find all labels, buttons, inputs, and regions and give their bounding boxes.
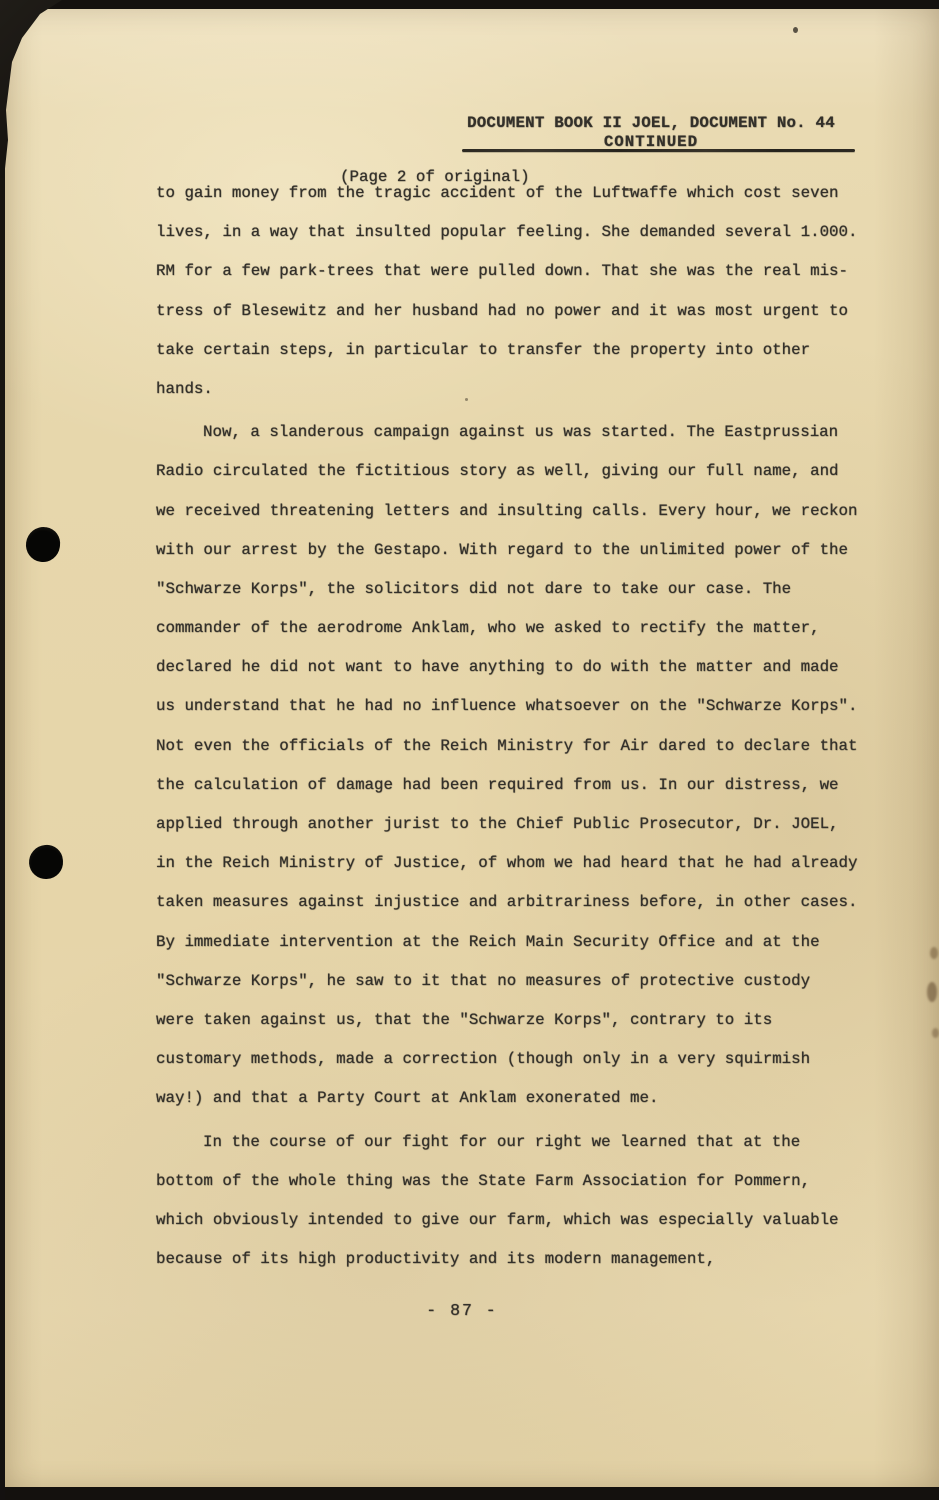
text-line: lives, in a way that insulted popular fe… [156,213,876,252]
text-line: were taken against us, that the "Schwarz… [156,1001,876,1040]
text-line: Radio circulated the fictitious story as… [156,452,876,491]
text-line: because of its high productivity and its… [156,1240,876,1279]
paragraph: Now, a slanderous campaign against us wa… [156,413,876,1118]
text-line: By immediate intervention at the Reich M… [156,923,876,962]
text-line: tress of Blesewitz and her husband had n… [156,292,876,331]
document-header-continued: CONTINUED [452,134,850,150]
header-underline [462,149,855,152]
ink-speck [793,27,798,33]
text-line: declared he did not want to have anythin… [156,648,876,687]
text-line: Not even the officials of the Reich Mini… [156,727,876,766]
text-line: in the Reich Ministry of Justice, of who… [156,844,876,883]
body-text: to gain money from the tragic accident o… [156,174,876,1279]
text-line: the calculation of damage had been requi… [156,766,876,805]
text-line: taken measures against injustice and arb… [156,883,876,922]
text-line: RM for a few park-trees that were pulled… [156,252,876,291]
text-line: commander of the aerodrome Anklam, who w… [156,609,876,648]
text-line: hands. [156,370,876,409]
document-header: DOCUMENT BOOK II JOEL, DOCUMENT No. 44 C… [452,112,850,150]
paragraph: In the course of our fight for our right… [156,1123,876,1280]
text-line: In the course of our fight for our right… [156,1123,876,1162]
scanned-document-page: DOCUMENT BOOK II JOEL, DOCUMENT No. 44 C… [0,0,939,1500]
text-line: bottom of the whole thing was the State … [156,1162,876,1201]
text-line: to gain money from the tragic accident o… [156,174,876,213]
stain-smudge [930,947,938,959]
page-number: - 87 - [402,1298,522,1324]
text-line: which obviously intended to give our far… [156,1201,876,1240]
text-line: applied through another jurist to the Ch… [156,805,876,844]
stain-smudge [927,982,937,1002]
paragraph: to gain money from the tragic accident o… [156,174,876,409]
text-line: "Schwarze Korps", he saw to it that no m… [156,962,876,1001]
text-line: "Schwarze Korps", the solicitors did not… [156,570,876,609]
text-line: customary methods, made a correction (th… [156,1040,876,1079]
text-line: take certain steps, in particular to tra… [156,331,876,370]
document-header-title: DOCUMENT BOOK II JOEL, DOCUMENT No. 44 [452,112,850,134]
stain-smudge [932,1028,939,1038]
text-line: way!) and that a Party Court at Anklam e… [156,1079,876,1118]
text-line: us understand that he had no influence w… [156,687,876,726]
text-line: with our arrest by the Gestapo. With reg… [156,531,876,570]
text-line: Now, a slanderous campaign against us wa… [156,413,876,452]
scan-edge-left [0,0,5,1500]
text-line: we received threatening letters and insu… [156,492,876,531]
